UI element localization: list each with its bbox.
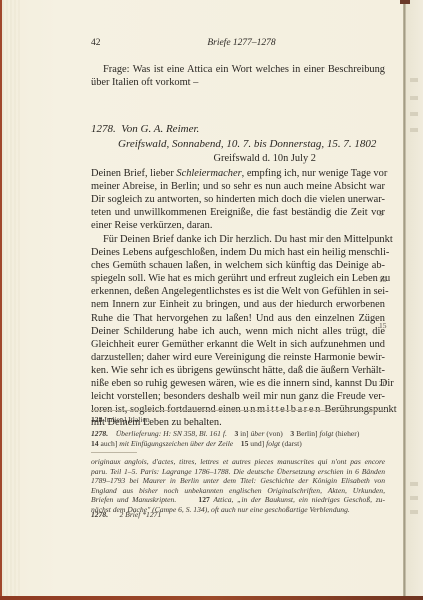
letter-place-dates: Greifswald, Sonnabend, 10. 7. bis Donner… [91, 137, 376, 152]
commentary-line: paru. Teil 1–5. Paris: Lagrange 1786–178… [91, 467, 385, 477]
text-line: ches Gemüth schauen laßen, in welchem si… [91, 259, 385, 272]
facing-page-ghost-text [410, 496, 418, 500]
facing-page-ghost-text [410, 510, 418, 514]
text-line: Dir sogleich zu antworten, so hinderten … [91, 193, 385, 206]
apparatus-note-128: 128 Italien] Itlalien [91, 415, 385, 425]
text-line: spiegeln soll. Wie hat es mich gerührt u… [91, 272, 385, 285]
note-reading: Itlalien [128, 415, 150, 424]
book-cover-edge [0, 0, 2, 600]
text-line: über Italien oft vorkomt – [91, 76, 385, 89]
commentary-line: 1789–1793 bei Maurer in Berlin unter dem… [91, 476, 385, 486]
book-cover-bottom [0, 596, 423, 600]
text-line: teten und unwillkommenen Ereigniße, die … [91, 206, 385, 219]
line-number: 10 [379, 275, 387, 284]
facing-page-ghost-text [410, 112, 418, 116]
text-line: erkennen, deßen Angelegentlichstes es is… [91, 285, 385, 298]
note-ref: 1278. [91, 510, 108, 519]
commentary-line: England aus bisher noch unbekannten engl… [91, 486, 385, 496]
text-line: Für Deinen Brief danke ich Dir herzlich.… [91, 233, 385, 246]
running-head: Briefe 1277–1278 [0, 38, 423, 48]
text-line: Deines Lebens aufgeschloßen, indem Du mi… [91, 246, 385, 259]
note-ref: 127 [198, 495, 209, 504]
commentary-line: originaux anglois, d'actes, titres, lett… [91, 457, 385, 467]
facing-page-ghost-text [410, 96, 418, 100]
facing-page-ghost-text [410, 128, 418, 132]
text-line: Frage: Was ist eine Attica ein Wort welc… [91, 63, 385, 76]
commentary-line: Briefen und Manuskripten. 127 Attica, „i… [91, 495, 385, 505]
line-number: 5 [379, 209, 383, 218]
line-number: 15 [379, 321, 387, 330]
note-ref: 15 [241, 439, 249, 448]
text-line: meiner Abreise, in Berlin; und so sehr e… [91, 180, 385, 193]
text-line: nem Innern zur Einheit zu bringen, und a… [91, 298, 385, 311]
letter-author: Von G. A. Reimer. [121, 123, 199, 135]
spine-top [400, 0, 410, 4]
letter-paragraph-2: Für Deinen Brief danke ich Dir herzlich.… [91, 233, 385, 429]
text-line: ken. Wie sehr ich es übrigens gewünscht … [91, 364, 385, 377]
text-line: einer Reise verkürzen, daran. [91, 219, 385, 232]
note-ref: 3 [290, 429, 294, 438]
note-ref: 3 [234, 429, 238, 438]
note-source: Überlieferung: H: SN 358, Bl. 161 f. [116, 429, 227, 438]
apparatus-divider [91, 410, 385, 411]
commentary-block: originaux anglois, d'actes, titres, lett… [91, 457, 385, 514]
text-line: Deinen Brief, lieber Schleiermacher, emp… [91, 167, 385, 180]
commentary-note-1278: 1278. 2 Brief *1271 [91, 510, 385, 520]
dateline: Greifswald d. 10n July 2 [214, 153, 316, 164]
text-line: Deiner Schilderung habe ich auch, wenn m… [91, 325, 385, 338]
running-head-text: Briefe 1277–1278 [207, 38, 275, 48]
commentary-divider [91, 452, 137, 453]
letter-number: 1278. [91, 123, 116, 135]
note-ref: 1278. [91, 429, 108, 438]
text-line: Gleichheit eurer Gemüther erkannt die We… [91, 338, 385, 351]
note-text: 2 Brief *1271 [119, 510, 161, 519]
letter-paragraph-1: Deinen Brief, lieber Schleiermacher, emp… [91, 167, 385, 232]
name-schleiermacher: Schleiermacher [176, 168, 241, 179]
text-line: Ruhe die That hervorgehen zu laßen! Und … [91, 312, 385, 325]
text-line: leicht vorstellen; besonders deshalb wei… [91, 390, 385, 403]
letter-heading: 1278. Von G. A. Reimer. Greifswald, Sonn… [91, 122, 376, 152]
facing-page-ghost-text [410, 78, 418, 82]
apparatus-note-1278: 1278. Überlieferung: H: SN 358, Bl. 161 … [91, 429, 385, 448]
note-lemma: Italien] [104, 415, 126, 424]
previous-letter-ending: Frage: Was ist eine Attica ein Wort welc… [91, 63, 385, 89]
line-number: 20 [379, 379, 387, 388]
note-ref: 128 [91, 415, 102, 424]
text-line: niße eben so ruhig gewesen wären, wie es… [91, 377, 385, 390]
facing-page-ghost-text [410, 482, 418, 486]
text-line: darzustellen; daher wird eure Vereinigun… [91, 351, 385, 364]
note-ref: 14 [91, 439, 99, 448]
page-edges [0, 0, 22, 597]
